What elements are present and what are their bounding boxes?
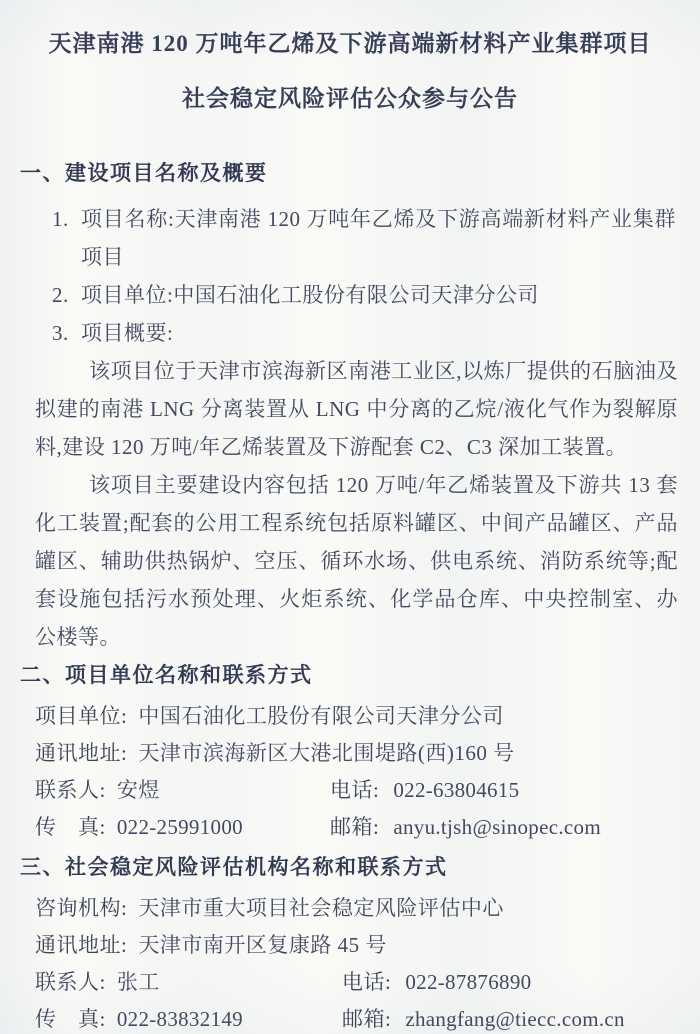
- phone-cell: 电话: 022-87876890: [342, 964, 682, 1001]
- section3-heading: 三、社会稳定风险评估机构名称和联系方式: [20, 853, 700, 881]
- document-title-line2: 社会稳定风险评估公众参与公告: [0, 84, 700, 114]
- contact-row-fax-email: 传 真: 022-83832149 邮箱: zhangfang@tiecc.co…: [35, 1001, 682, 1034]
- contact-value: 天津市南开区复康路 45 号: [138, 927, 387, 964]
- section3-contact-block: 咨询机构: 天津市重大项目社会稳定风险评估中心 通讯地址: 天津市南开区复康路 …: [0, 890, 700, 1034]
- contact-label: 通讯地址:: [35, 735, 127, 772]
- item-number: 2.: [52, 276, 69, 314]
- contact-person-name: 安煜: [117, 772, 160, 809]
- fax-cell: 传 真: 022-25991000: [35, 809, 330, 846]
- fax-value: 022-25991000: [117, 809, 243, 846]
- contact-row-project-owner: 项目单位: 中国石油化工股份有限公司天津分公司: [35, 698, 682, 735]
- phone-label: 电话:: [342, 964, 391, 1001]
- scanned-document-page: 天津南港 120 万吨年乙烯及下游高端新材料产业集群项目 社会稳定风险评估公众参…: [0, 0, 700, 1034]
- list-item-project-owner: 2. 项目单位:中国石油化工股份有限公司天津分公司: [0, 276, 700, 314]
- contact-label: 咨询机构:: [35, 890, 127, 927]
- contact-row-person-phone: 联系人: 安煜 电话: 022-63804615: [35, 772, 682, 809]
- fax-label: 传 真:: [35, 1001, 106, 1034]
- contact-value: 中国石油化工股份有限公司天津分公司: [138, 698, 504, 735]
- document-title-line1: 天津南港 120 万吨年乙烯及下游高端新材料产业集群项目: [26, 0, 674, 61]
- phone-value: 022-87876890: [405, 964, 531, 1001]
- section1-numbered-list: 1. 项目名称:天津南港 120 万吨年乙烯及下游高端新材料产业集群项目 2. …: [0, 200, 700, 352]
- email-label: 邮箱:: [342, 1001, 391, 1034]
- list-item-project-summary: 3. 项目概要:: [0, 314, 700, 352]
- project-overview-paragraph-2: 该项目主要建设内容包括 120 万吨/年乙烯装置及下游共 13 套化工装置;配套…: [35, 466, 678, 656]
- fax-label: 传 真:: [35, 809, 106, 846]
- contact-person-name: 张工: [117, 964, 160, 1001]
- contact-label: 联系人:: [35, 772, 106, 809]
- contact-row-consulting-agency: 咨询机构: 天津市重大项目社会稳定风险评估中心: [35, 890, 682, 927]
- email-cell: 邮箱: zhangfang@tiecc.com.cn: [342, 1001, 682, 1034]
- contact-value: 天津市重大项目社会稳定风险评估中心: [138, 890, 504, 927]
- section2-heading: 二、项目单位名称和联系方式: [20, 661, 700, 689]
- email-label: 邮箱:: [330, 809, 379, 846]
- section2-contact-block: 项目单位: 中国石油化工股份有限公司天津分公司 通讯地址: 天津市滨海新区大港北…: [0, 698, 700, 846]
- phone-label: 电话:: [330, 772, 379, 809]
- item-number: 3.: [52, 314, 69, 352]
- list-item-project-name: 1. 项目名称:天津南港 120 万吨年乙烯及下游高端新材料产业集群项目: [0, 200, 700, 276]
- contact-row-address: 通讯地址: 天津市滨海新区大港北围堤路(西)160 号: [35, 735, 682, 772]
- fax-value: 022-83832149: [117, 1001, 243, 1034]
- item-text: 项目概要:: [81, 321, 173, 345]
- contact-row-fax-email: 传 真: 022-25991000 邮箱: anyu.tjsh@sinopec.…: [35, 809, 682, 846]
- fax-cell: 传 真: 022-83832149: [35, 1001, 342, 1034]
- contact-label: 联系人:: [35, 964, 106, 1001]
- contact-label: 项目单位:: [35, 698, 127, 735]
- project-overview-paragraph-1: 该项目位于天津市滨海新区南港工业区,以炼厂提供的石脑油及拟建的南港 LNG 分离…: [35, 352, 678, 466]
- email-value: zhangfang@tiecc.com.cn: [405, 1001, 625, 1034]
- email-cell: 邮箱: anyu.tjsh@sinopec.com: [330, 809, 682, 846]
- email-value: anyu.tjsh@sinopec.com: [393, 809, 601, 846]
- item-text: 项目单位:中国石油化工股份有限公司天津分公司: [81, 283, 539, 307]
- item-text: 项目名称:天津南港 120 万吨年乙烯及下游高端新材料产业集群项目: [81, 207, 676, 269]
- item-number: 1.: [52, 200, 69, 238]
- phone-cell: 电话: 022-63804615: [330, 772, 682, 809]
- contact-person-cell: 联系人: 安煜: [35, 772, 330, 809]
- contact-row-person-phone: 联系人: 张工 电话: 022-87876890: [35, 964, 682, 1001]
- section1-heading: 一、建设项目名称及概要: [20, 159, 700, 187]
- contact-row-address: 通讯地址: 天津市南开区复康路 45 号: [35, 927, 682, 964]
- contact-label: 通讯地址:: [35, 927, 127, 964]
- contact-person-cell: 联系人: 张工: [35, 964, 342, 1001]
- phone-value: 022-63804615: [393, 772, 519, 809]
- contact-value: 天津市滨海新区大港北围堤路(西)160 号: [138, 735, 514, 772]
